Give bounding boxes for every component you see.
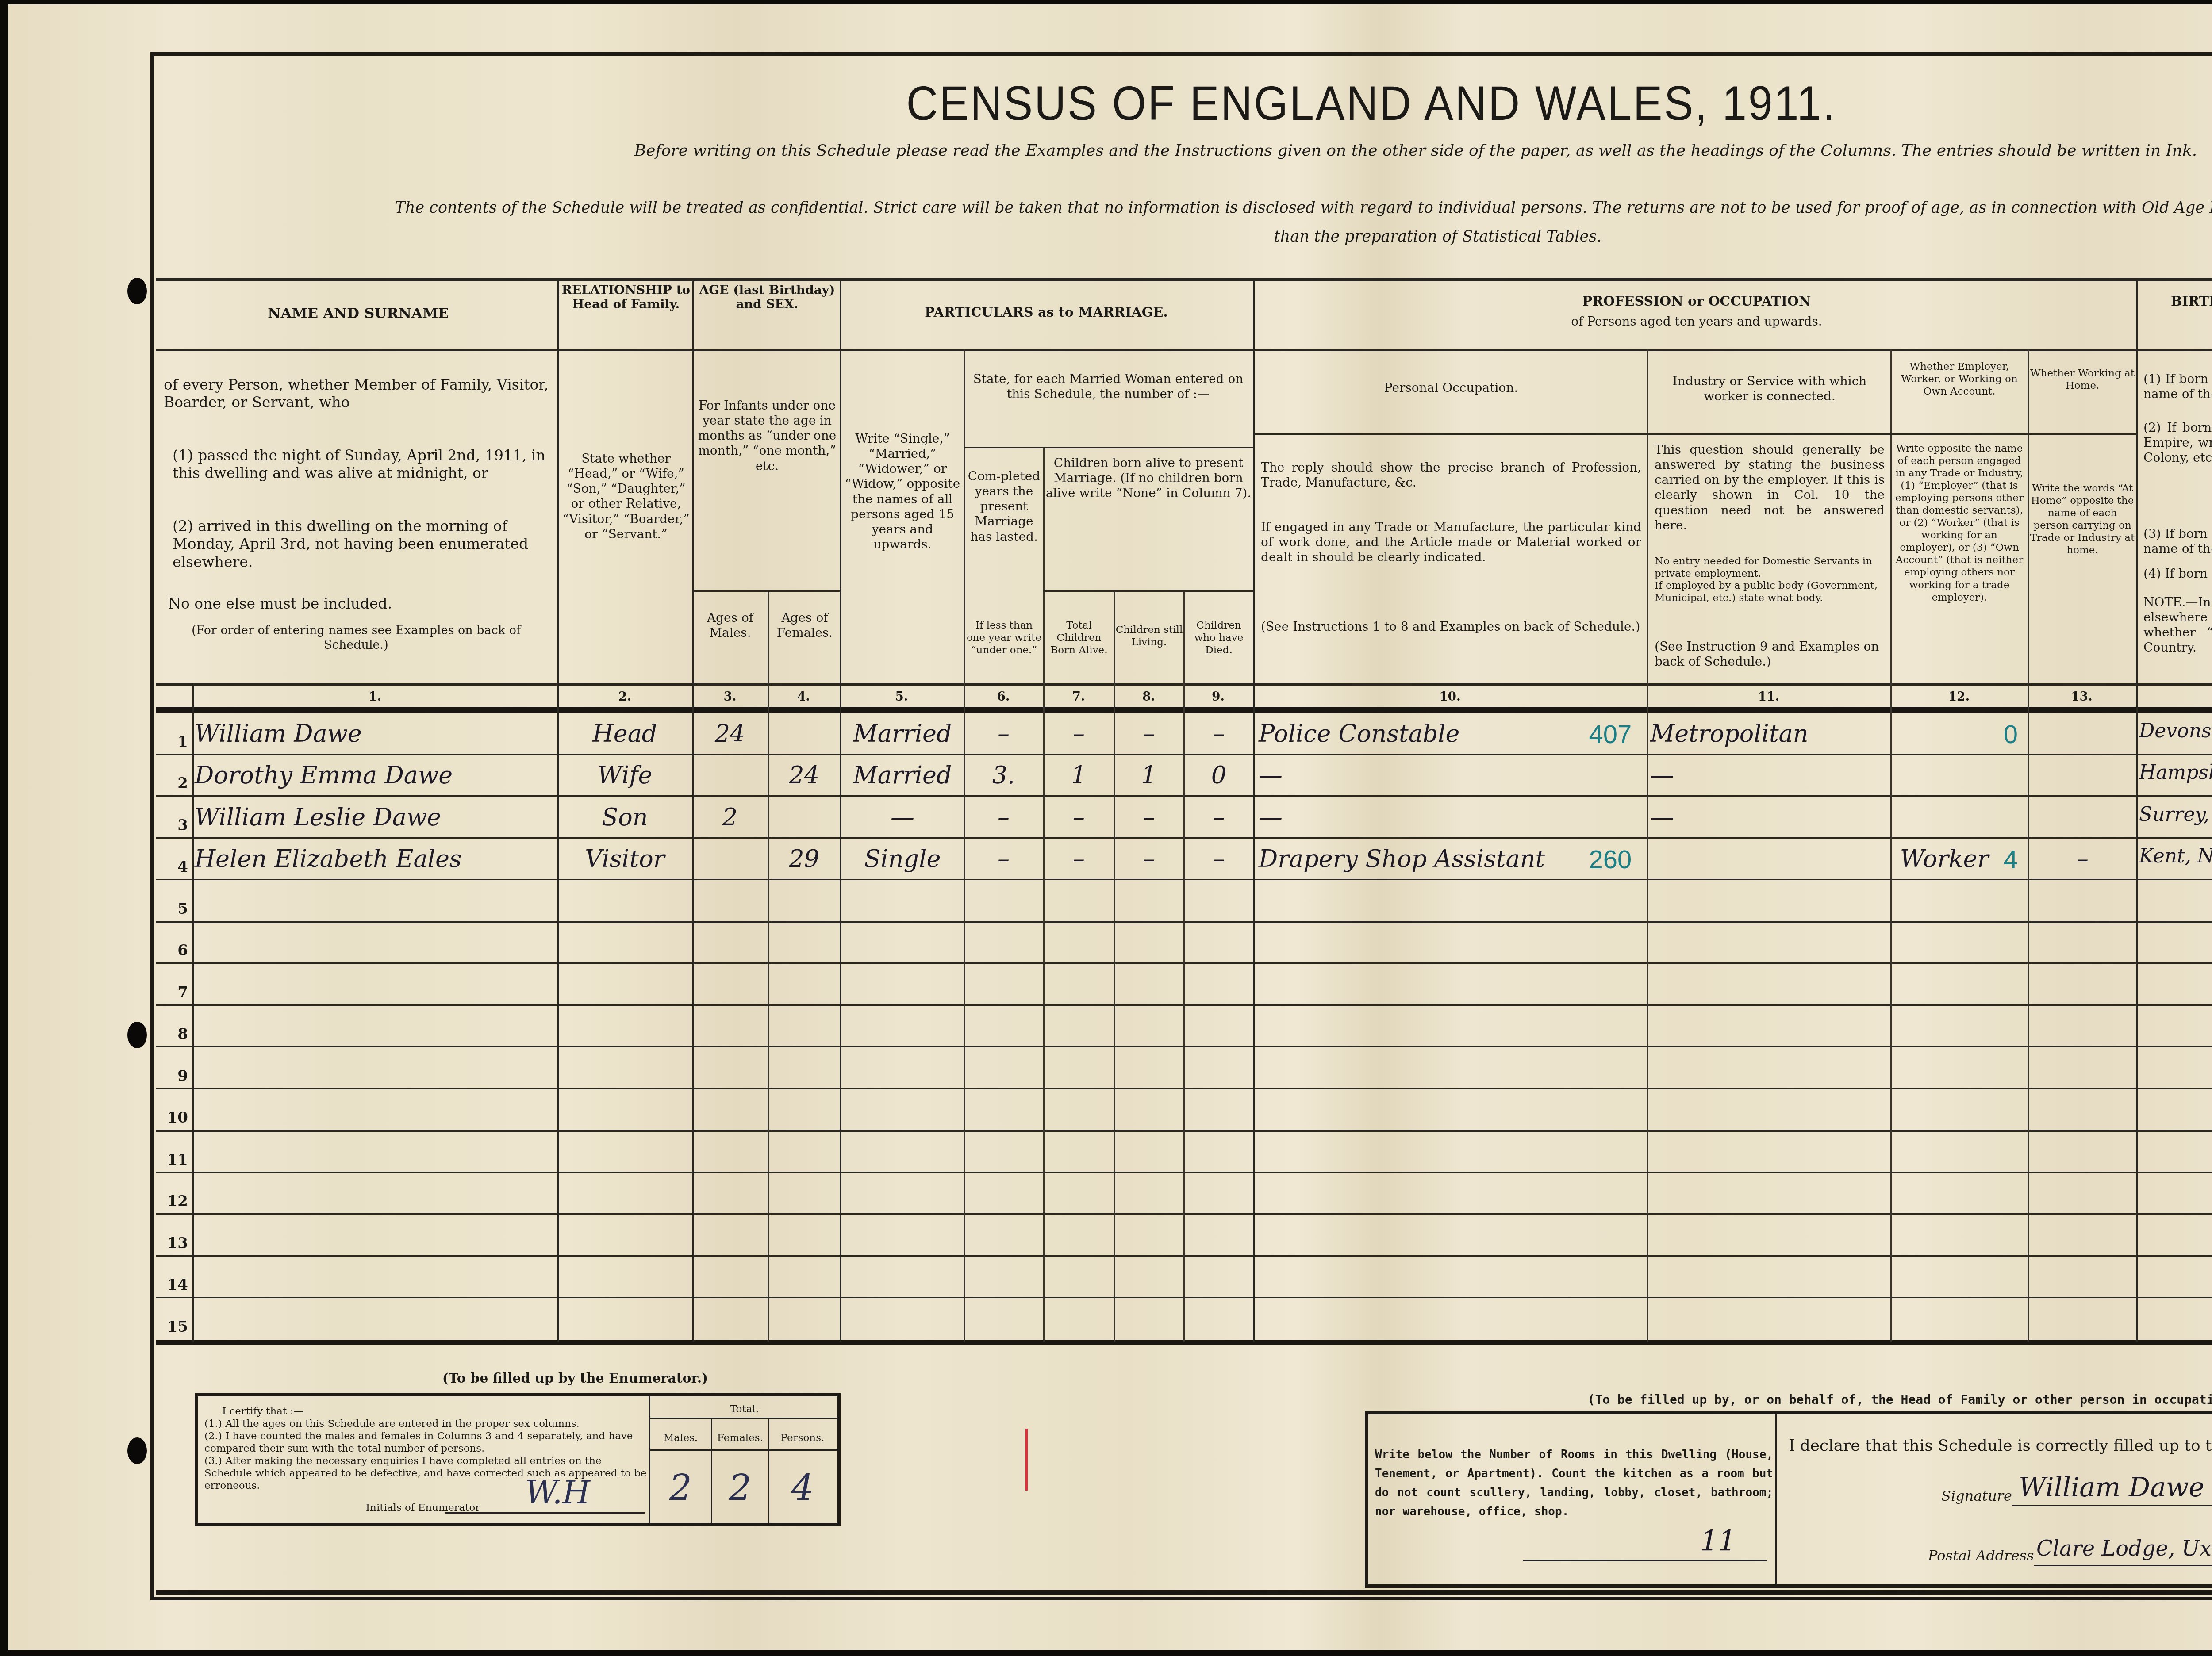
header-total-born: Total Children Born Alive. [1044,619,1114,656]
header-years-married: Com-pleted years the present Marriage ha… [965,469,1043,544]
row-number: 5 [161,900,188,918]
instruction-line: Before writing on this Schedule please r… [398,142,2212,160]
col-divider [2028,349,2029,1342]
females-label: Females. [712,1432,768,1444]
row-number: 15 [161,1318,188,1336]
red-tally-mark [1025,1429,1028,1491]
cell-occupation: — [1259,761,1575,789]
cell-years-married: – [965,845,1042,873]
postal-address-line1: Clare Lodge, Uxbridge Road, Kingston-On-… [2036,1536,2212,1561]
header-still-living: Children still Living. [1115,624,1183,648]
header-age-females: Ages of Females. [770,610,840,640]
header-rule [156,349,2212,351]
column-number: 5. [840,689,964,704]
confidential-line: The contents of the Schedule will be tre… [177,199,2212,217]
column-number: 11. [1647,689,1890,704]
address-label: Postal Address [1928,1547,2034,1564]
enumerator-initials: W.H [525,1474,590,1511]
cell-occupation: Drapery Shop Assistant [1259,845,1575,873]
header-name-item1: (1) passed the night of Sunday, April 2n… [164,447,549,483]
column-number: 14. [2136,689,2212,704]
header-name: NAME AND SURNAME [159,305,557,322]
signature: William Dawe [2019,1472,2204,1503]
cell-years-married: – [965,803,1042,831]
column-number: 7. [1043,689,1114,704]
children-sub-rule [1043,590,1253,592]
cell-occupation: Police Constable [1259,720,1575,747]
header-industry-desc1: This question should generally be answer… [1655,442,1885,533]
header-industry: Industry or Service with which worker is… [1650,374,1889,404]
certify-2: (2.) I have counted the males and female… [204,1430,647,1455]
column-number: 9. [1183,689,1253,704]
cell-died: – [1186,803,1252,831]
cell-died: 0 [1186,761,1252,789]
row-number: 11 [161,1151,188,1169]
col-divider [1890,349,1892,1342]
certify-label: I certify that :— [222,1405,620,1418]
rooms-instruction: Write below the Number of Rooms in this … [1375,1445,1773,1522]
cell-age-male: 2 [695,803,765,831]
enumerator-box: I certify that :— (1.) All the ages on t… [195,1393,841,1526]
header-industry-desc3: If employed by a public body (Government… [1655,579,1885,604]
cell-died: – [1186,720,1252,747]
cell-living: – [1116,845,1182,873]
header-personal-desc2: If engaged in any Trade or Manufacture, … [1261,520,1641,565]
row-number: 4 [161,858,188,876]
col-divider [692,278,694,1342]
header-occupation: PROFESSION or OCCUPATION [1256,294,2137,310]
col-divider [1043,447,1045,1342]
cell-industry: — [1650,803,1889,831]
row-number: 2 [161,774,188,792]
row-number: 7 [161,984,188,1001]
occupation-sub-rule [1253,433,2138,435]
header-name-noone: No one else must be included. [168,595,549,613]
punch-hole [127,1022,147,1048]
row-number: 8 [161,1025,188,1043]
cell-industry: — [1650,761,1889,789]
column-number: 2. [557,689,692,704]
cell-occ-code: 407 [1575,720,1646,749]
header-age: AGE (last Birthday) and SEX. [695,283,840,311]
cell-relationship: Visitor [560,845,690,873]
col-divider [1253,278,1255,1342]
row-number: 10 [161,1109,188,1127]
cell-marital: — [843,803,962,831]
col-divider [2136,278,2138,1342]
cell-living: – [1116,720,1182,747]
cell-birthplace: Devonshire, Marystowe [2139,720,2212,742]
cell-name: William Leslie Dawe [195,803,555,831]
cell-total-born: 1 [1045,761,1113,789]
age-sub-rule [692,590,840,592]
header-employer-desc: Write opposite the name of each person e… [1893,442,2026,604]
cell-years-married: – [965,720,1042,747]
col-divider [557,278,559,1342]
cell-living: 1 [1116,761,1182,789]
punch-hole [127,278,147,304]
signature-label: Signature [1941,1487,2012,1504]
column-number: 6. [964,689,1043,704]
cell-occ-code: 260 [1575,845,1646,874]
column-number: 12. [1890,689,2028,704]
header-personal-desc3: (See Instructions 1 to 8 and Examples on… [1261,619,1641,634]
header-personal-desc1: The reply should show the precise branch… [1261,460,1641,490]
column-number: 3. [692,689,768,704]
row-number: 13 [161,1234,188,1252]
column-number: 13. [2028,689,2136,704]
header-marriage-status: Write “Single,” “Married,” “Widower,” or… [843,431,962,552]
marriage-sub-rule [964,447,1253,448]
header-at-home-desc: Write the words “At Home” opposite the n… [2030,482,2135,556]
header-birthplace-note: NOTE.—In the case of persons born elsewh… [2143,595,2212,655]
header-birthplace: BIRTHPLACE of every person. [2139,294,2212,310]
row-number: 6 [161,942,188,959]
column-number: 4. [768,689,840,704]
certify-1: (1.) All the ages on this Schedule are e… [204,1418,647,1430]
header-at-home: Whether Working at Home. [2030,367,2135,392]
row-number: 9 [161,1067,188,1085]
cell-at-home: – [2031,845,2135,873]
confidential-line-2: than the preparation of Statistical Tabl… [177,228,2212,245]
cell-relationship: Wife [560,761,690,789]
header-industry-desc4: (See Instruction 9 and Examples on back … [1655,639,1885,669]
cell-occupation: — [1259,803,1575,831]
header-employer: Whether Employer, Worker, or Working on … [1893,360,2026,398]
header-occupation-sub: of Persons aged ten years and upwards. [1256,314,2137,329]
cell-birthplace: Surrey, Kingston-On-Thames [2139,803,2212,826]
header-birthplace-2: (2) If born in any other part of the Bri… [2143,420,2212,465]
page-title: CENSUS OF ENGLAND AND WALES, 1911. [695,75,2048,131]
column-number: 10. [1253,689,1647,704]
cell-relationship: Head [560,720,690,747]
header-industry-desc2: No entry needed for Domestic Servants in… [1655,555,1885,580]
cell-living: – [1116,803,1182,831]
row-number: 14 [161,1276,188,1294]
form-bottom-rule [156,1590,2212,1595]
header-relationship: RELATIONSHIP to Head of Family. [560,283,692,311]
row-number: 12 [161,1192,188,1210]
header-name-order: (For order of entering names see Example… [164,624,549,653]
header-died: Children who have Died. [1185,619,1253,656]
header-name-item2: (2) arrived in this dwelling on the morn… [164,517,549,571]
cell-total-born: – [1045,720,1113,747]
col-divider [1647,349,1648,1342]
header-birthplace-4: (4) If born at sea, write “At Sea.” [2143,566,2212,581]
cell-employer: Worker [1893,845,1995,873]
enumerator-heading: (To be filled up by the Enumerator.) [310,1371,841,1387]
header-personal-occupation: Personal Occupation. [1256,380,1646,395]
header-age-males: Ages of Males. [694,610,767,640]
header-years-married-note: If less than one year write “under one.” [965,619,1043,656]
total-males: 2 [650,1467,711,1508]
cell-total-born: – [1045,803,1113,831]
persons-label: Persons. [769,1432,836,1444]
cell-name: Helen Elizabeth Eales [195,845,555,873]
total-label: Total. [650,1403,838,1415]
total-females: 2 [712,1467,768,1508]
row-number: 1 [161,733,188,751]
declaration-text: I declare that this Schedule is correctl… [1789,1437,2212,1455]
cell-age-female: 29 [770,845,838,873]
cell-total-born: – [1045,845,1113,873]
header-age-desc: For Infants under one year state the age… [695,398,839,474]
rownum-divider [192,683,194,1342]
column-number: 8. [1114,689,1183,704]
header-children-desc: Children born alive to present Marriage.… [1045,456,1252,501]
cell-age-male: 24 [695,720,765,747]
cell-birthplace: Hampshire, Stratfield-Saye [2139,761,2212,784]
cell-birthplace: Kent, Northfleet [2139,845,2212,867]
cell-employer-code: 4 [1995,845,2026,874]
room-count: 11 [1700,1525,1736,1558]
cell-industry: Metropolitan [1650,720,1889,747]
col-divider [964,349,965,1342]
header-birthplace-3: (3) If born in a Foreign Country, write … [2143,526,2212,556]
cell-years-married: 3. [965,761,1042,789]
head-of-family-heading: (To be filled up by, or on behalf of, th… [1460,1392,2212,1407]
header-birthplace-1: (1) If born in the United Kingdom, write… [2143,372,2212,402]
header-married-woman: State, for each Married Woman entered on… [967,372,1250,402]
declaration-box: Write below the Number of Rooms in this … [1365,1411,2212,1588]
column-number: 1. [192,689,557,704]
col-divider [840,278,841,1342]
males-label: Males. [650,1432,711,1444]
header-relationship-desc: State whether “Head,” or “Wife,” “Son,” … [562,451,690,542]
total-persons: 4 [769,1467,836,1508]
cell-died: – [1186,845,1252,873]
header-marriage: PARTICULARS as to MARRIAGE. [841,305,1252,321]
cell-name: Dorothy Emma Dawe [195,761,555,789]
table-top-rule [156,278,2212,281]
punch-hole [127,1437,147,1464]
cell-marital: Married [843,720,962,747]
row-number: 3 [161,816,188,834]
header-name-intro: of every Person, whether Member of Famil… [164,376,549,412]
cell-marital: Married [843,761,962,789]
cell-name: William Dawe [195,720,555,747]
cell-employer-code: 0 [1995,720,2026,749]
cell-relationship: Son [560,803,690,831]
cell-age-female: 24 [770,761,838,789]
cell-marital: Single [843,845,962,873]
